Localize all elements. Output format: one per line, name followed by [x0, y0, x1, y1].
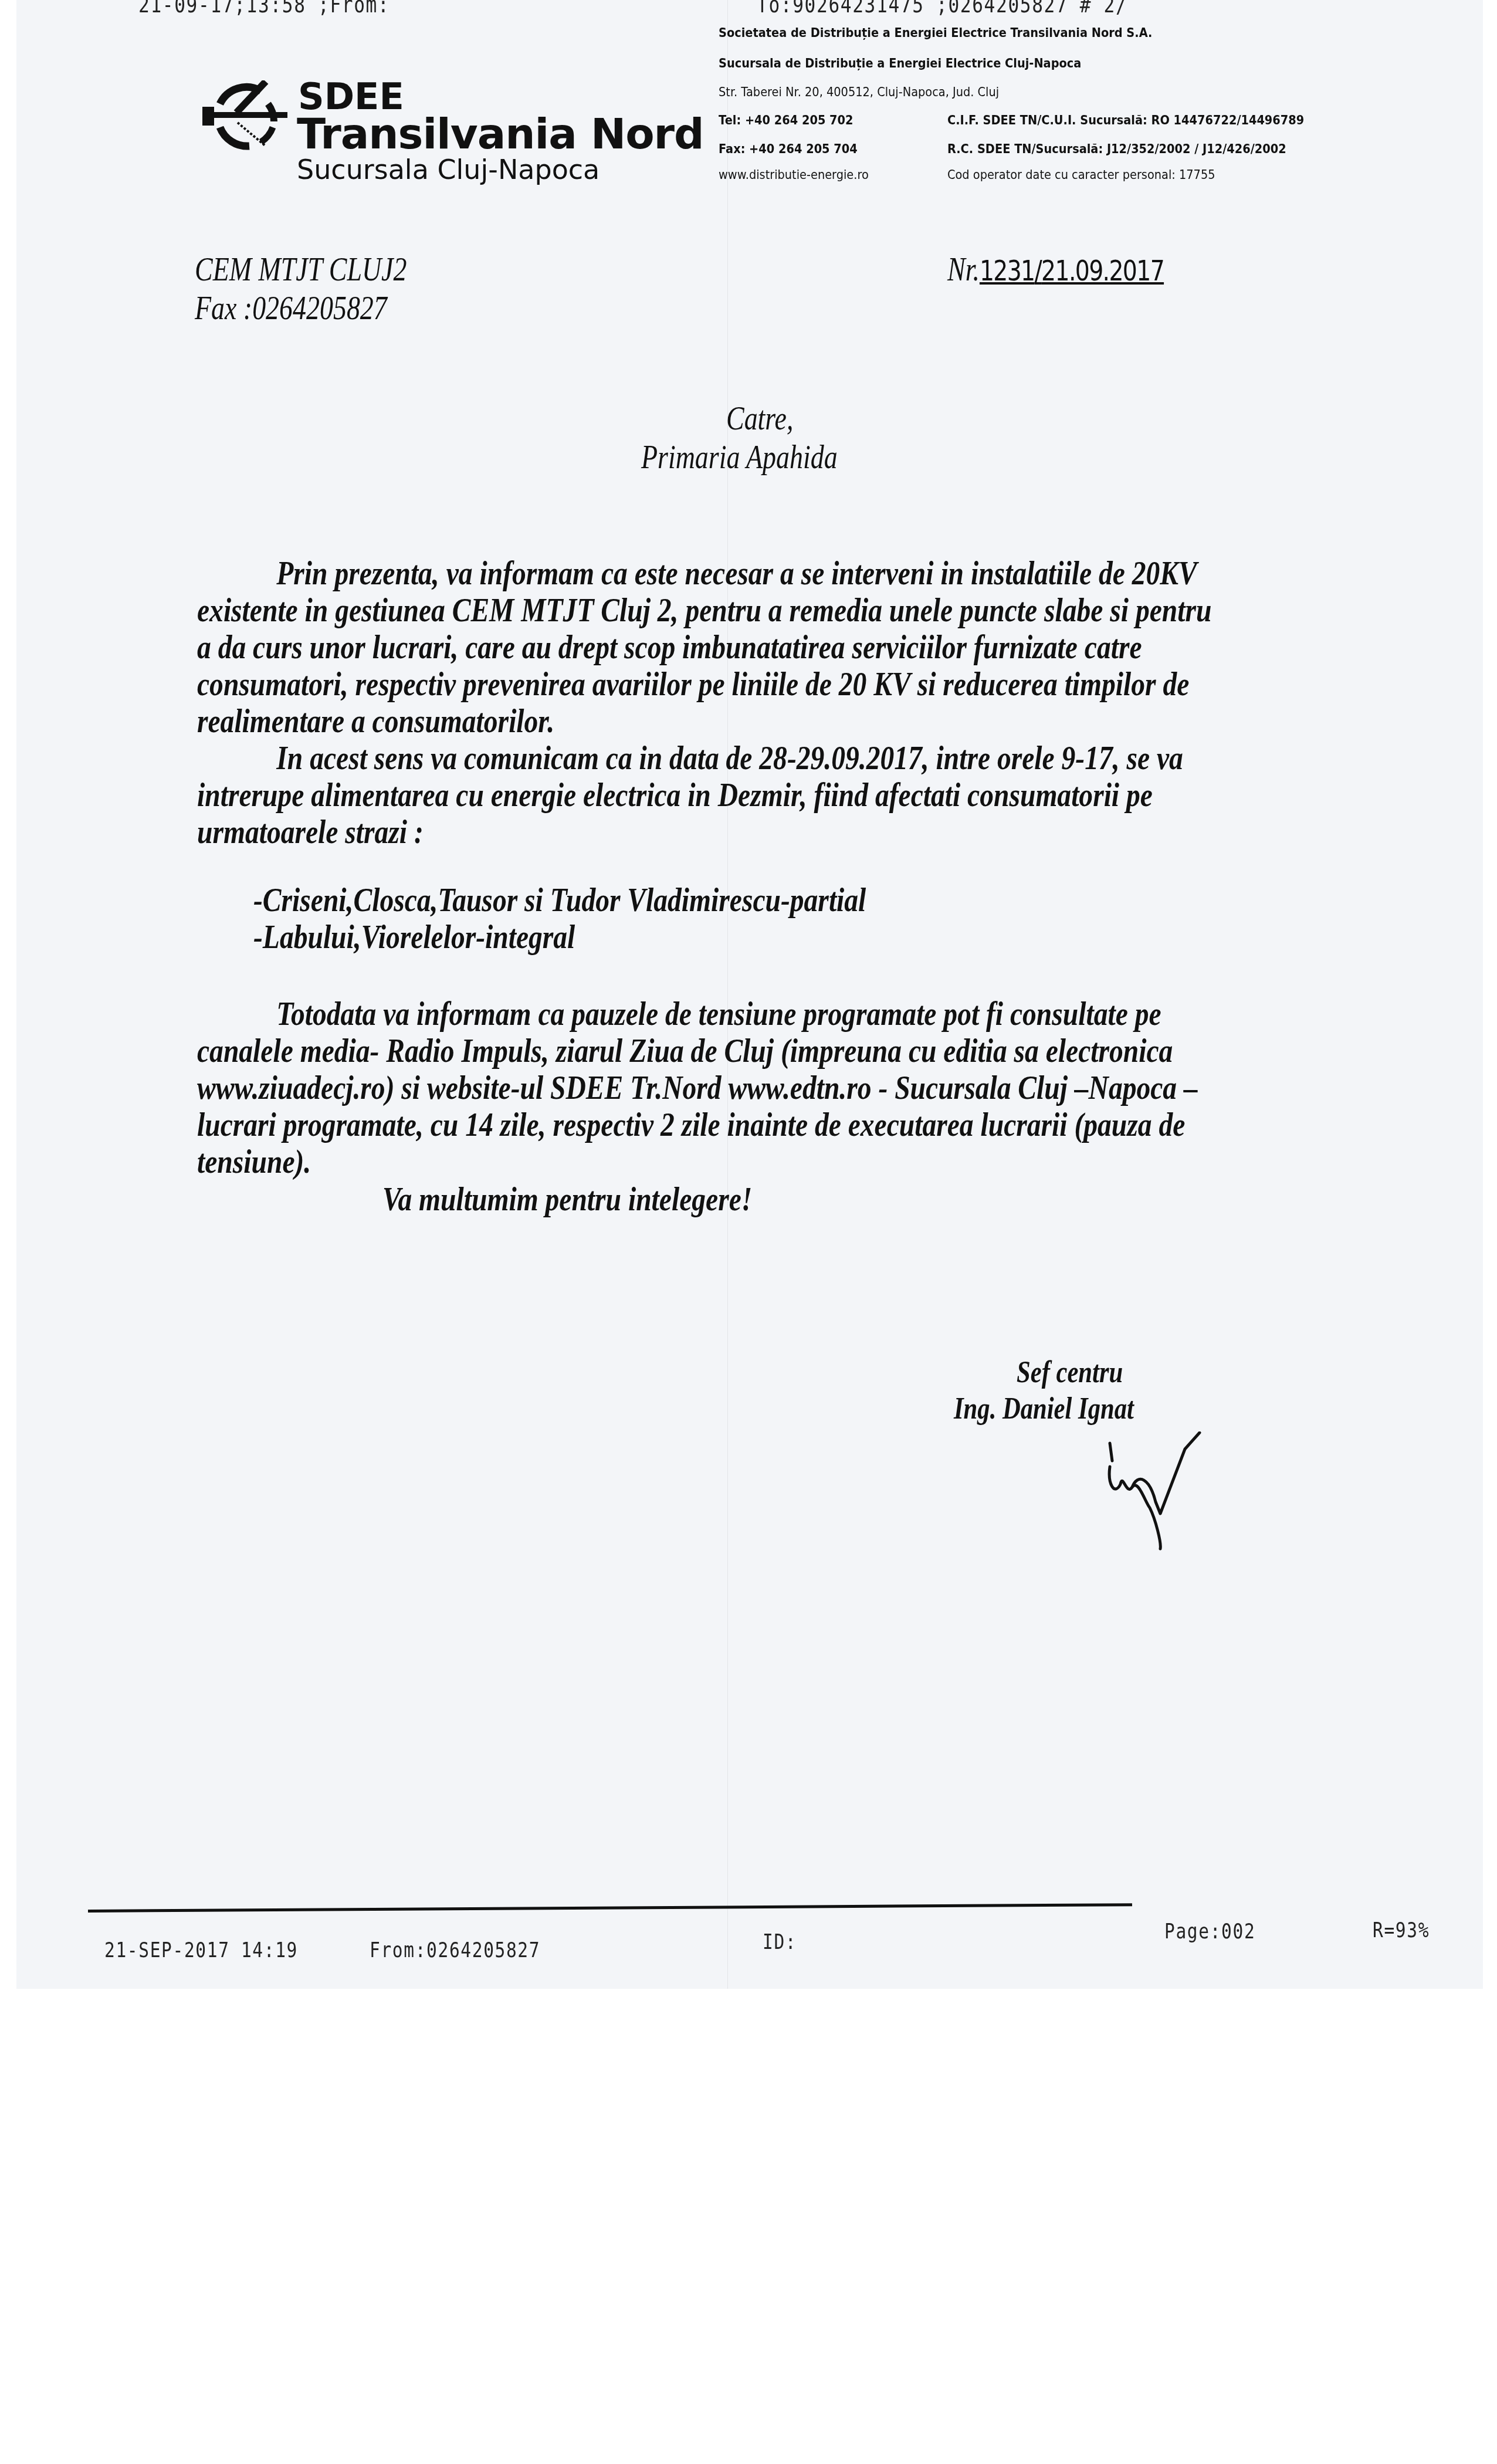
fax-header-right: To:90264231475 ;0264205827 # 2/	[757, 0, 1127, 18]
sdee-logo-icon	[202, 80, 287, 151]
paragraph-1: Prin prezenta, va informam ca este neces…	[197, 554, 1335, 739]
paragraph-2: In acest sens va comunicam ca in data de…	[197, 739, 1335, 850]
fax-header-left: 21-09-17;13:58 ;From:	[138, 0, 390, 18]
text-line: tensiune).	[197, 1143, 1130, 1180]
sender-unit: CEM MTJT CLUJ2	[195, 251, 407, 289]
brand-transilvania-nord: Transilvania Nord	[297, 109, 704, 158]
text-line: www.ziuadecj.ro) si website-ul SDEE Tr.N…	[197, 1069, 1130, 1106]
registration-date: 21.09.2017	[1041, 255, 1164, 287]
recipient-salutation: Catre,	[726, 400, 793, 438]
fax-footer-datetime: 21-SEP-2017 14:19	[104, 1938, 298, 1962]
signatory-title: Sef centru	[1017, 1355, 1123, 1390]
company-address: Str. Taberei Nr. 20, 400512, Cluj-Napoca…	[719, 85, 999, 100]
company-rc: R.C. SDEE TN/Sucursală: J12/352/2002 / J…	[947, 142, 1286, 157]
text-line: canalele media- Radio Impuls, ziarul Ziu…	[197, 1032, 1130, 1069]
list-item: -Labului,Viorelelor-integral	[253, 918, 866, 955]
recipient-name: Primaria Apahida	[641, 439, 838, 476]
fax-footer-id: ID:	[763, 1930, 797, 1954]
text-line: existente in gestiunea CEM MTJT Cluj 2, …	[197, 591, 1130, 628]
text-line: Totodata va informam ca pauzele de tensi…	[197, 995, 1130, 1032]
fax-footer-from: From:0264205827	[370, 1938, 540, 1962]
text-line: intrerupe alimentarea cu energie electri…	[197, 776, 1130, 813]
sender-fax: Fax :0264205827	[195, 290, 387, 327]
affected-streets-list: -Criseni,Closca,Tausor si Tudor Vladimir…	[253, 881, 1001, 955]
company-name: Societatea de Distribuție a Energiei Ele…	[719, 26, 1152, 40]
company-fax: Fax: +40 264 205 704	[719, 142, 858, 157]
text-line: urmatoarele strazi :	[197, 813, 1130, 850]
handwritten-signature-icon	[1097, 1431, 1203, 1555]
text-line: a da curs unor lucrari, care au drept sc…	[197, 628, 1130, 665]
signatory-name: Ing. Daniel Ignat	[954, 1392, 1134, 1426]
text-line: realimentare a consumatorilor.	[197, 702, 1130, 739]
company-operator-code: Cod operator date cu caracter personal: …	[947, 168, 1215, 182]
company-cif: C.I.F. SDEE TN/C.U.I. Sucursală: RO 1447…	[947, 113, 1304, 128]
text-line: lucrari programate, cu 14 zile, respecti…	[197, 1106, 1130, 1143]
text-line: consumatori, respectiv prevenirea avarii…	[197, 665, 1130, 702]
text-line: Prin prezenta, va informam ca este neces…	[197, 554, 1130, 591]
closing-line: Va multumim pentru intelegere!	[382, 1179, 752, 1219]
registration-number: Nr.1231/21.09.2017	[947, 251, 1164, 289]
company-website: www.distributie-energie.ro	[719, 168, 869, 182]
company-tel: Tel: +40 264 205 702	[719, 113, 854, 128]
company-branch: Sucursala de Distribuție a Energiei Elec…	[719, 56, 1081, 71]
list-item: -Criseni,Closca,Tausor si Tudor Vladimir…	[253, 881, 866, 918]
brand-branch: Sucursala Cluj-Napoca	[297, 154, 600, 185]
fax-footer-page: Page:002	[1164, 1920, 1255, 1944]
fax-footer-ratio: R=93%	[1373, 1918, 1430, 1942]
registration-prefix: Nr.	[947, 252, 980, 288]
registration-no: 1231	[980, 255, 1035, 287]
text-line: In acest sens va comunicam ca in data de…	[197, 739, 1130, 776]
paragraph-3: Totodata va informam ca pauzele de tensi…	[197, 995, 1335, 1180]
